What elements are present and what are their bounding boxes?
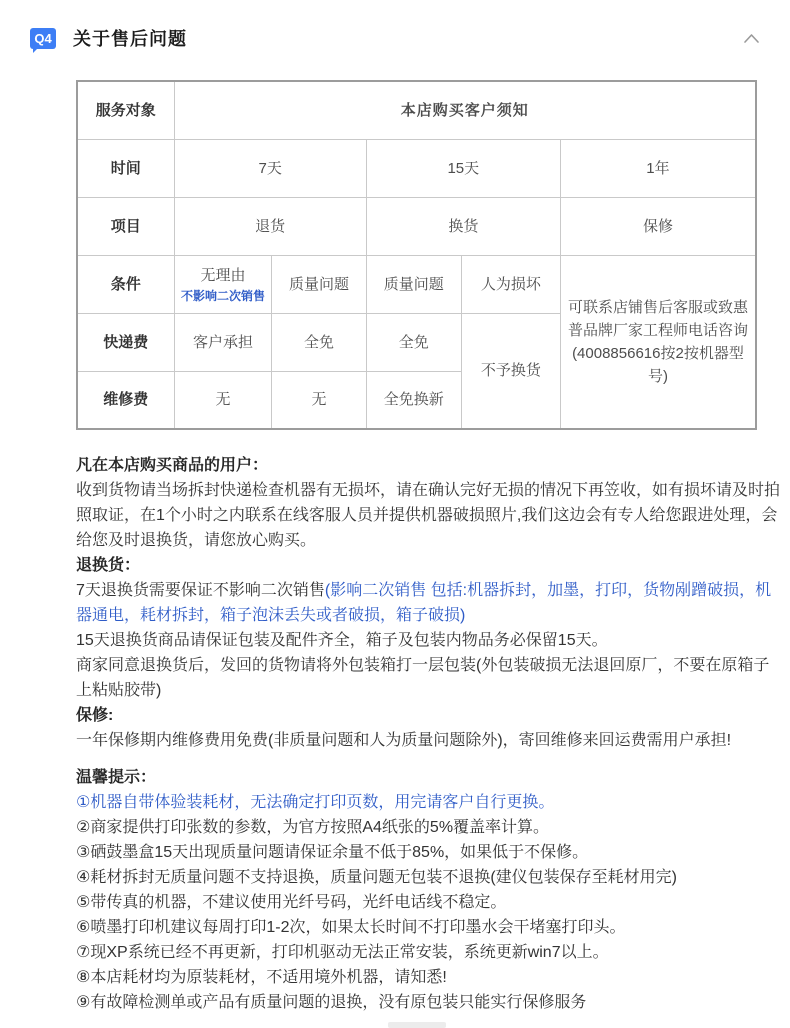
service-target-label: 服务对象 (77, 81, 174, 139)
time-exchange-cell: 15天 (366, 139, 560, 197)
table-row: 项目 退货 换货 保修 (77, 197, 756, 255)
table-row: 条件 无理由 不影响二次销售 质量问题 质量问题 人为损坏 可联系店铺售后客服或… (77, 255, 756, 313)
condition-label: 条件 (77, 255, 174, 313)
warranty-heading: 保修: (76, 703, 782, 728)
after-sales-text: 凡在本店购买商品的用户： 收到货物请当场拆封快递检查机器有无损坏，请在确认完好无… (76, 453, 782, 1015)
repair-free-renew-cell: 全免换新 (366, 371, 461, 429)
returns-rule-7day-text: 7天退换货需要保证不影响二次销售 (76, 582, 325, 599)
tip-item-4: ④耗材拆封无质量问题不支持退换，质量问题无包装不退换(建仪包装保存至耗材用完) (76, 865, 782, 890)
returns-rule-7day: 7天退换货需要保证不影响二次销售(影响二次销售 包括:机器拆封，加墨，打印，货物… (76, 578, 782, 628)
no-exchange-cell: 不予换货 (461, 313, 560, 429)
after-sales-policy-table: 服务对象 本店购买客户须知 时间 7天 15天 1年 项目 退货 换货 保修 条… (76, 80, 757, 430)
no-resale-impact-text: 不影响二次销售 (179, 288, 268, 304)
repair-none-cell: 无 (272, 371, 366, 429)
warranty-body: 一年保修期内维修费用免费(非质量问题和人为质量问题除外)，寄回维修来回运费需用户… (76, 728, 782, 753)
item-label: 项目 (77, 197, 174, 255)
tip-item-8: ⑧本店耗材均为原装耗材，不适用境外机器，请知悉! (76, 965, 782, 990)
no-reason-text: 无理由 (200, 267, 245, 284)
question-badge: Q4 (30, 28, 56, 49)
returns-rule-repack: 商家同意退换货后，发回的货物请将外包装箱打一层包装(外包装破损无法退回原厂，不要… (76, 653, 782, 703)
table-row: 服务对象 本店购买客户须知 (77, 81, 756, 139)
condition-quality-cell: 质量问题 (272, 255, 366, 313)
repair-fee-label: 维修费 (77, 371, 174, 429)
table-row: 时间 7天 15天 1年 (77, 139, 756, 197)
tip-item-7: ⑦现XP系统已经不再更新，打印机驱动无法正常安装，系统更新win7以上。 (76, 940, 782, 965)
tip-item-2: ②商家提供打印张数的参数，为官方按照A4纸张的5%覆盖率计算。 (76, 815, 782, 840)
time-warranty-cell: 1年 (560, 139, 756, 197)
tip-item-6: ⑥喷墨打印机建议每周打印1-2次，如果太长时间不打印墨水会干堵塞打印头。 (76, 915, 782, 940)
shipping-free-cell: 全免 (366, 313, 461, 371)
faq-section-header[interactable]: Q4 关于售后问题 (0, 0, 790, 51)
store-customer-note: 本店购买客户须知 (174, 81, 756, 139)
chevron-up-icon[interactable] (739, 29, 764, 48)
returns-heading: 退换货： (76, 553, 782, 578)
shipping-fee-label: 快递费 (77, 313, 174, 371)
notice-heading: 凡在本店购买商品的用户： (76, 453, 782, 478)
page-title: 关于售后问题 (73, 25, 187, 51)
returns-rule-15day: 15天退换货商品请保证包装及配件齐全，箱子及包装内物品务必保留15天。 (76, 628, 782, 653)
shipping-customer-cell: 客户承担 (174, 313, 272, 371)
item-warranty-cell: 保修 (560, 197, 756, 255)
tips-heading: 温馨提示： (76, 765, 782, 790)
notice-body: 收到货物请当场拆封快递检查机器有无损坏，请在确认完好无损的情况下再笠收，如有损坏… (76, 478, 782, 553)
time-return-cell: 7天 (174, 139, 366, 197)
tip-item-3: ③硒鼓墨盒15天出现质量问题请保证余量不低于85%，如果低于不保修。 (76, 840, 782, 865)
shipping-free-cell: 全免 (272, 313, 366, 371)
time-label: 时间 (77, 139, 174, 197)
condition-no-reason-cell: 无理由 不影响二次销售 (174, 255, 272, 313)
repair-none-cell: 无 (174, 371, 272, 429)
tip-item-1: ①机器自带体验装耗材，无法确定打印页数，用完请客户自行更换。 (76, 790, 782, 815)
item-exchange-cell: 换货 (366, 197, 560, 255)
tips-block: 温馨提示： ①机器自带体验装耗材，无法确定打印页数，用完请客户自行更换。 ②商家… (76, 765, 782, 1015)
condition-quality-cell: 质量问题 (366, 255, 461, 313)
tip-item-5: ⑤带传真的机器，不建议使用光纤号码，光纤电话线不稳定。 (76, 890, 782, 915)
condition-damage-cell: 人为损坏 (461, 255, 560, 313)
next-section-peek (388, 1022, 446, 1028)
item-return-cell: 退货 (174, 197, 366, 255)
tip-item-9: ⑨有故障检测单或产品有质量问题的退换，没有原包装只能实行保修服务 (76, 990, 782, 1015)
contact-info-cell: 可联系店铺售后客服或致惠普品牌厂家工程师电话咨询(4008856616按2按机器… (560, 255, 756, 429)
